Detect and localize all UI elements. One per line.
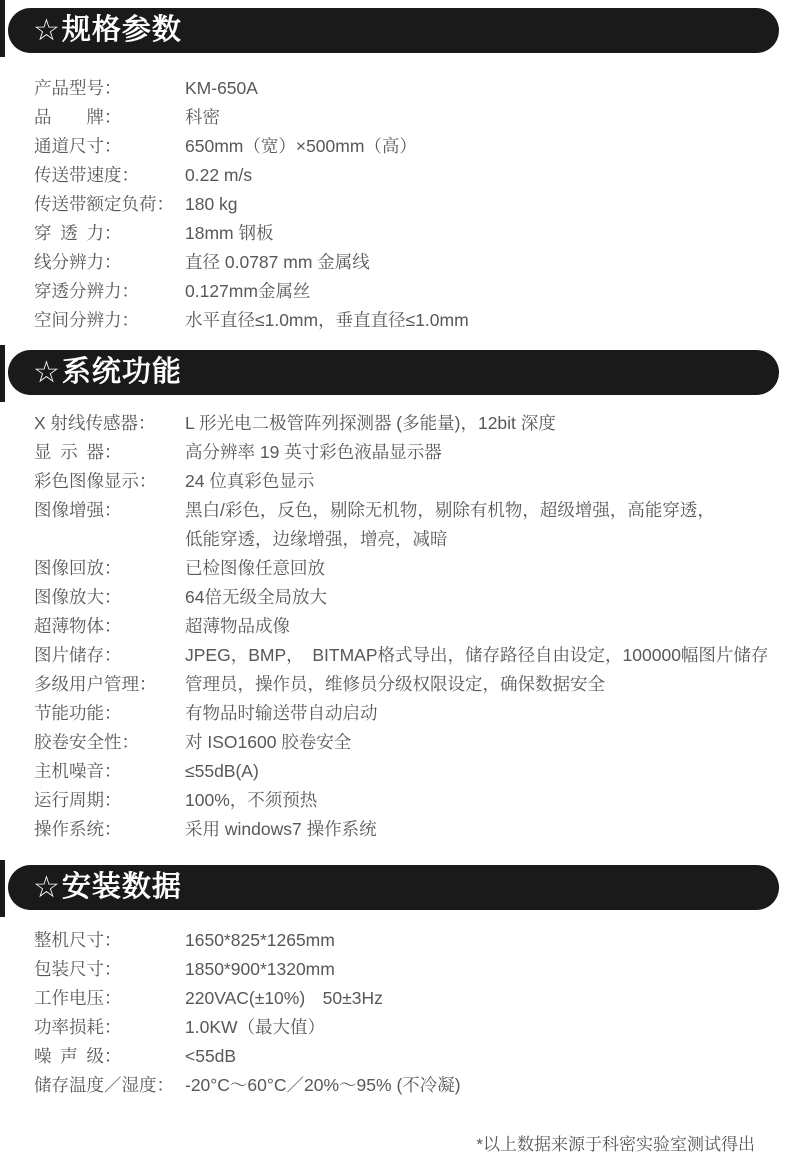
spec-row: 胶卷安全性： 对 ISO1600 胶卷安全 — [34, 728, 780, 757]
spec-row: 通道尺寸： 650mm（宽）×500mm（高） — [34, 132, 780, 161]
spec-value: 220VAC(±10%) 50±3Hz — [185, 984, 383, 1013]
section-banner: ☆ 规格参数 — [8, 8, 779, 53]
spec-value: 1.0KW（最大值） — [185, 1013, 325, 1042]
spec-value: 18mm 钢板 — [185, 219, 273, 248]
star-icon: ☆ — [33, 16, 60, 46]
spec-row: X 射线传感器： L 形光电二极管阵列探测器 (多能量)，12bit 深度 — [34, 409, 780, 438]
spec-label: 噪 声 级： — [34, 1042, 185, 1071]
spec-value: 650mm（宽）×500mm（高） — [185, 132, 417, 161]
spec-label: 主机噪音： — [34, 757, 185, 786]
spec-row: 超薄物体： 超薄物品成像 — [34, 612, 780, 641]
spec-value: 100%，不须预热 — [185, 786, 317, 815]
spec-label: 传送带额定负荷： — [34, 190, 185, 219]
spec-value: 1850*900*1320mm — [185, 955, 335, 984]
spec-row: 穿 透 力： 18mm 钢板 — [34, 219, 780, 248]
spec-label: 彩色图像显示： — [34, 467, 185, 496]
spec-label: 图像放大： — [34, 583, 185, 612]
spec-label: 功率损耗： — [34, 1013, 185, 1042]
spec-value: 采用 windows7 操作系统 — [185, 815, 377, 844]
section-banner: ☆ 安装数据 — [8, 865, 779, 910]
spec-value: 180 kg — [185, 190, 238, 219]
spec-row: 彩色图像显示： 24 位真彩色显示 — [34, 467, 780, 496]
footer-note: *以上数据来源于科密实验室测试得出 — [0, 1130, 790, 1155]
spec-label: 穿 透 力： — [34, 219, 185, 248]
spec-value: 24 位真彩色显示 — [185, 467, 314, 496]
spec-label: 显 示 器： — [34, 438, 185, 467]
spec-value: <55dB — [185, 1042, 236, 1071]
star-icon: ☆ — [33, 358, 60, 388]
spec-row: 节能功能： 有物品时输送带自动启动 — [34, 699, 780, 728]
spec-label: 节能功能： — [34, 699, 185, 728]
spec-label: 图像回放： — [34, 554, 185, 583]
spec-row: 线分辨力： 直径 0.0787 mm 金属线 — [34, 248, 780, 277]
spec-value: JPEG，BMP， BITMAP格式导出，储存路径自由设定，100000幅图片储… — [185, 641, 768, 670]
spec-label: 多级用户管理： — [34, 670, 185, 699]
spec-row: 穿透分辨力： 0.127mm金属丝 — [34, 277, 780, 306]
spec-label: 整机尺寸： — [34, 926, 185, 955]
spec-label: 储存温度／湿度： — [34, 1071, 185, 1100]
spec-row: 传送带速度： 0.22 m/s — [34, 161, 780, 190]
spec-label: 胶卷安全性： — [34, 728, 185, 757]
spec-label: 超薄物体： — [34, 612, 185, 641]
section-title: 规格参数 — [62, 16, 182, 45]
spec-row: 图像放大： 64倍无级全局放大 — [34, 583, 780, 612]
spec-value: 超薄物品成像 — [185, 612, 290, 641]
spec-value: 科密 — [185, 103, 220, 132]
spec-label: X 射线传感器： — [34, 409, 185, 438]
spec-row: 包装尺寸： 1850*900*1320mm — [34, 955, 780, 984]
spec-label: 通道尺寸： — [34, 132, 185, 161]
spec-row: 主机噪音： ≤55dB(A) — [34, 757, 780, 786]
spec-value: 对 ISO1600 胶卷安全 — [185, 728, 351, 757]
spec-value: 1650*825*1265mm — [185, 926, 335, 955]
spec-label: 产品型号： — [34, 74, 185, 103]
spec-row: 图像增强： 黑白/彩色，反色，剔除无机物，剔除有机物，超级增强，高能穿透， 低能… — [34, 496, 780, 554]
section-system-functions: ☆ 系统功能 X 射线传感器： L 形光电二极管阵列探测器 (多能量)，12bi… — [0, 350, 790, 844]
spec-row: 显 示 器： 高分辨率 19 英寸彩色液晶显示器 — [34, 438, 780, 467]
spec-row: 整机尺寸： 1650*825*1265mm — [34, 926, 780, 955]
section-title: 系统功能 — [62, 358, 182, 387]
spec-row: 工作电压： 220VAC(±10%) 50±3Hz — [34, 984, 780, 1013]
spec-row: 运行周期： 100%，不须预热 — [34, 786, 780, 815]
star-icon: ☆ — [33, 873, 60, 903]
spec-row: 品 牌： 科密 — [34, 103, 780, 132]
spec-row: 传送带额定负荷： 180 kg — [34, 190, 780, 219]
spec-label: 穿透分辨力： — [34, 277, 185, 306]
spec-row: 空间分辨力： 水平直径≤1.0mm，垂直直径≤1.0mm — [34, 306, 780, 335]
spec-label: 线分辨力： — [34, 248, 185, 277]
product-spec-sheet: ☆ 规格参数 产品型号： KM-650A 品 牌： 科密 通道尺寸： 650mm… — [0, 0, 790, 1170]
spec-label: 图像增强： — [34, 496, 185, 525]
spec-row: 图像回放： 已检图像任意回放 — [34, 554, 780, 583]
section-installation-data: ☆ 安装数据 整机尺寸： 1650*825*1265mm 包装尺寸： 1850*… — [0, 865, 790, 1100]
spec-row: 产品型号： KM-650A — [34, 74, 780, 103]
spec-value: L 形光电二极管阵列探测器 (多能量)，12bit 深度 — [185, 409, 556, 438]
spec-row: 噪 声 级： <55dB — [34, 1042, 780, 1071]
spec-value: 0.127mm金属丝 — [185, 277, 310, 306]
spec-row: 操作系统： 采用 windows7 操作系统 — [34, 815, 780, 844]
spec-value: 0.22 m/s — [185, 161, 252, 190]
spec-row: 功率损耗： 1.0KW（最大值） — [34, 1013, 780, 1042]
spec-value: 管理员，操作员，维修员分级权限设定，确保数据安全 — [185, 670, 605, 699]
spec-value: -20°C～60°C／20%～95% (不冷凝) — [185, 1071, 461, 1100]
section-title: 安装数据 — [62, 873, 182, 902]
edge-bar-decoration — [0, 860, 5, 917]
spec-label: 品 牌： — [34, 103, 185, 132]
edge-bar-decoration — [0, 345, 5, 402]
spec-label: 图片储存： — [34, 641, 185, 670]
spec-value: 有物品时输送带自动启动 — [185, 699, 378, 728]
spec-label: 工作电压： — [34, 984, 185, 1013]
spec-value: KM-650A — [185, 74, 258, 103]
spec-value: 高分辨率 19 英寸彩色液晶显示器 — [185, 438, 442, 467]
edge-bar-decoration — [0, 0, 5, 57]
spec-row: 图片储存： JPEG，BMP， BITMAP格式导出，储存路径自由设定，1000… — [34, 641, 780, 670]
spec-value: 直径 0.0787 mm 金属线 — [185, 248, 370, 277]
spec-value: 水平直径≤1.0mm，垂直直径≤1.0mm — [185, 306, 469, 335]
spec-label: 空间分辨力： — [34, 306, 185, 335]
spec-rows: X 射线传感器： L 形光电二极管阵列探测器 (多能量)，12bit 深度 显 … — [0, 409, 790, 844]
spec-value: 黑白/彩色，反色，剔除无机物，剔除有机物，超级增强，高能穿透， 低能穿透，边缘增… — [185, 496, 715, 554]
spec-rows: 产品型号： KM-650A 品 牌： 科密 通道尺寸： 650mm（宽）×500… — [0, 74, 790, 335]
spec-value: 已检图像任意回放 — [185, 554, 325, 583]
spec-rows: 整机尺寸： 1650*825*1265mm 包装尺寸： 1850*900*132… — [0, 926, 790, 1100]
spec-label: 运行周期： — [34, 786, 185, 815]
spec-value: ≤55dB(A) — [185, 757, 259, 786]
spec-label: 传送带速度： — [34, 161, 185, 190]
spec-label: 包装尺寸： — [34, 955, 185, 984]
spec-label: 操作系统： — [34, 815, 185, 844]
spec-row: 多级用户管理： 管理员，操作员，维修员分级权限设定，确保数据安全 — [34, 670, 780, 699]
section-banner: ☆ 系统功能 — [8, 350, 779, 395]
section-specifications: ☆ 规格参数 产品型号： KM-650A 品 牌： 科密 通道尺寸： 650mm… — [0, 8, 790, 335]
spec-row: 储存温度／湿度： -20°C～60°C／20%～95% (不冷凝) — [34, 1071, 780, 1100]
spec-value: 64倍无级全局放大 — [185, 583, 327, 612]
